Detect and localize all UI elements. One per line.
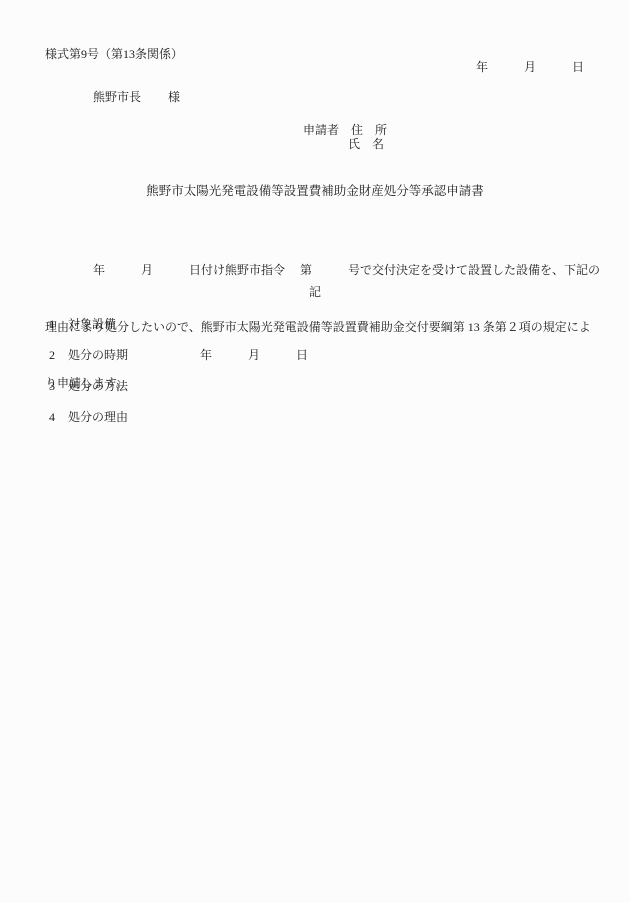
list-item-3: 3 処分の方法: [49, 378, 585, 394]
document-title: 熊野市太陽光発電設備等設置費補助金財産処分等承認申請書: [0, 183, 630, 200]
date-line: 年 月 日: [476, 59, 584, 75]
item-label: 処分の理由: [68, 409, 128, 425]
item-number: 4: [49, 409, 55, 425]
list-item-4: 4 処分の理由: [49, 409, 585, 425]
ki-heading: 記: [0, 284, 630, 300]
applicant-name-line: 氏 名: [348, 136, 384, 152]
item-label: 処分の時期: [68, 347, 128, 363]
item-value: 年 月 日: [200, 347, 308, 363]
body-line-1: 年 月 日付け熊野市指令 第 号で交付決定を受けて設置した設備を、下記の: [45, 261, 590, 280]
item-number: 3: [49, 378, 55, 394]
form-number: 様式第9号（第13条関係）: [45, 46, 183, 62]
item-number: 2: [49, 347, 55, 363]
list-item-1: 1 対象設備: [49, 316, 585, 332]
item-label: 対象設備: [68, 316, 116, 332]
item-number: 1: [49, 316, 55, 332]
list-item-2: 2 処分の時期 年 月 日: [49, 347, 585, 363]
addressee-line: 熊野市長 様: [93, 89, 180, 105]
item-label: 処分の方法: [68, 378, 128, 394]
document-page: 様式第9号（第13条関係） 年 月 日 熊野市長 様 申請者 住 所 氏 名 熊…: [0, 0, 630, 903]
